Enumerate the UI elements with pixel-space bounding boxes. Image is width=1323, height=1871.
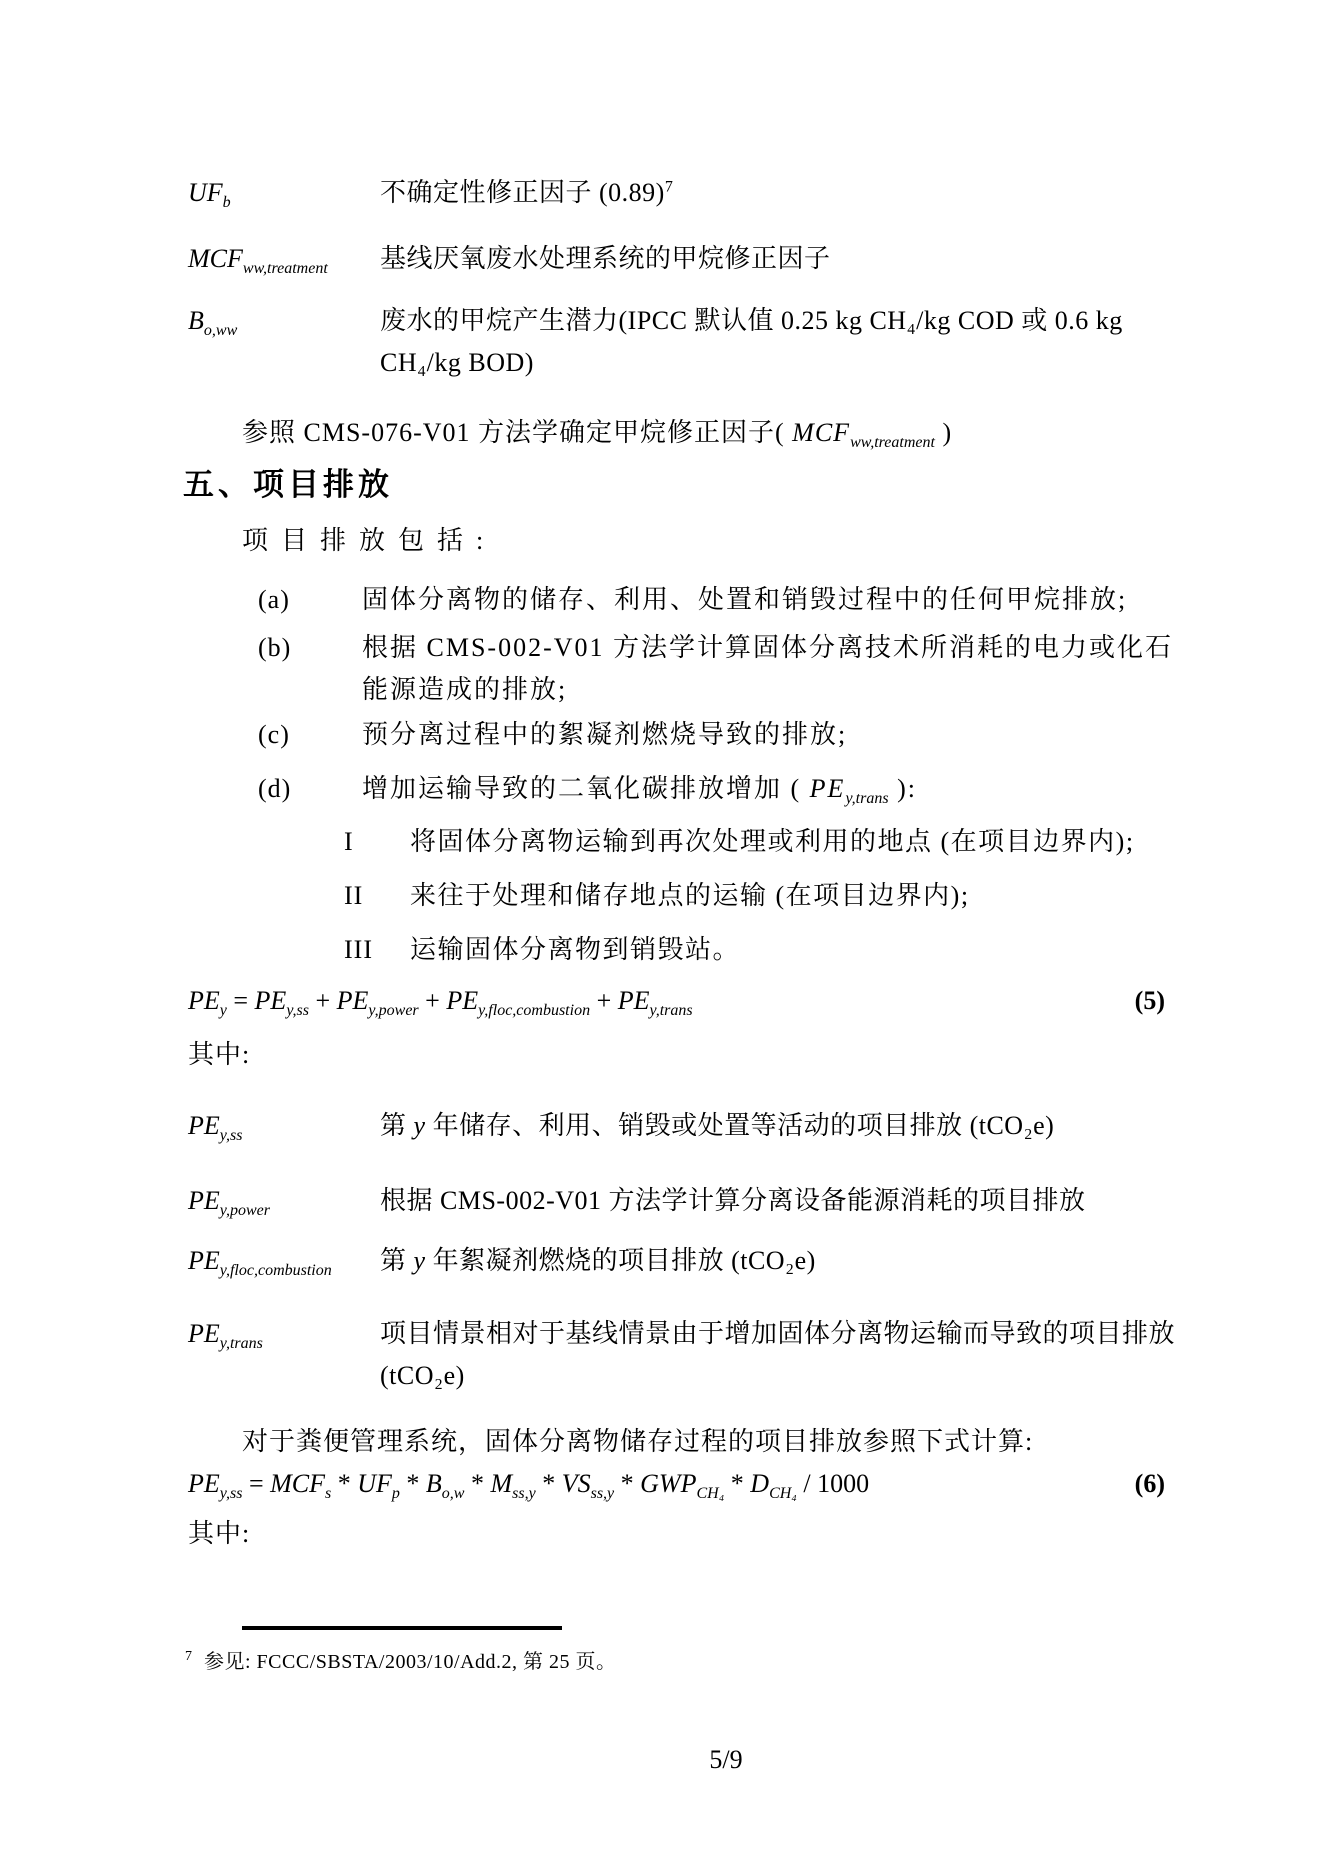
inline-symbol-subscript: ww,treatment <box>850 434 935 451</box>
footnote-marker: 7 <box>185 1649 192 1664</box>
equation-operator: * <box>724 1469 750 1498</box>
equation-term-subscript: CH₄ <box>769 1485 797 1502</box>
symbol-pe-trans: PEy,trans <box>188 1313 380 1397</box>
equation-operator: * <box>400 1469 426 1498</box>
symbol-subscript: ww,treatment <box>243 260 328 277</box>
symbol-base: PE <box>188 1246 220 1275</box>
symbol-base: PE <box>188 1111 220 1140</box>
equation-operator: = <box>227 986 255 1015</box>
symbol-base: B <box>188 306 204 335</box>
equation-operator: * <box>536 1469 562 1498</box>
manure-paragraph: 对于粪便管理系统，固体分离物储存过程的项目排放参照下式计算: <box>188 1421 1195 1463</box>
definition-text: 废水的甲烷产生潜力(IPCC 默认值 0.25 kg CH₄/kg COD 或 … <box>380 300 1195 384</box>
list-text: 根据 CMS-002-V01 方法学计算固体分离技术所消耗的电力或化石能源造成的… <box>362 627 1195 711</box>
equation-5: (5) PEy = PEy,ss + PEy,power + PEy,floc,… <box>188 980 1195 1022</box>
symbol-subscript: o,ww <box>204 322 237 339</box>
sub-item-3: III 运输固体分离物到销毁站。 <box>188 929 1195 971</box>
equation-term: PE <box>188 1469 220 1498</box>
equation-term: PE <box>255 986 287 1015</box>
equation-term-subscript: y,trans <box>650 1002 693 1019</box>
inline-symbol: MCF <box>792 418 850 447</box>
list-item-a: (a) 固体分离物的储存、利用、处置和销毁过程中的任何甲烷排放; <box>188 579 1195 621</box>
sub-item-marker: III <box>344 929 410 971</box>
inline-variable: y <box>414 1246 426 1275</box>
equation-operator: * <box>331 1469 357 1498</box>
definition-row-pe-ss: PEy,ss 第 y 年储存、利用、销毁或处置等活动的项目排放 (tCO₂e) <box>188 1105 1195 1147</box>
equation-operator: * <box>464 1469 490 1498</box>
symbol-base: PE <box>188 1319 220 1348</box>
list-text: 预分离过程中的絮凝剂燃烧导致的排放; <box>362 714 1195 756</box>
symbol-mcf: MCFww,treatment <box>188 238 380 280</box>
symbol-subscript: y,ss <box>220 1127 243 1144</box>
equation-term-subscript: ss,y <box>591 1485 615 1502</box>
definition-body: 不确定性修正因子 (0.89) <box>380 178 665 207</box>
list-item-b: (b) 根据 CMS-002-V01 方法学计算固体分离技术所消耗的电力或化石能… <box>188 627 1195 711</box>
definition-text: 不确定性修正因子 (0.89)7 <box>380 172 1195 214</box>
definition-row-ufb: UFb 不确定性修正因子 (0.89)7 <box>188 172 1195 214</box>
reference-note: 参照 CMS-076-V01 方法学确定甲烷修正因子( MCFww,treatm… <box>188 412 1195 454</box>
document-page: UFb 不确定性修正因子 (0.89)7 MCFww,treatment 基线厌… <box>0 0 1323 1871</box>
definition-post: 年絮凝剂燃烧的项目排放 (tCO₂e) <box>426 1246 816 1275</box>
symbol-subscript: y,trans <box>220 1335 263 1352</box>
equation-term: UF <box>357 1469 392 1498</box>
list-marker: (c) <box>258 714 362 756</box>
symbol-pe-power: PEy,power <box>188 1180 380 1222</box>
list-text-post: ): <box>889 774 917 803</box>
equation-operator: = <box>242 1469 270 1498</box>
definition-post: 年储存、利用、销毁或处置等活动的项目排放 (tCO₂e) <box>426 1111 1055 1140</box>
list-item-d: (d) 增加运输导致的二氧化碳排放增加 ( PEy,trans ): <box>188 768 1195 810</box>
sub-item-marker: II <box>344 875 410 917</box>
equation-term: PE <box>618 986 650 1015</box>
equation-term-subscript: y,ss <box>286 1002 309 1019</box>
definition-post: 根据 CMS-002-V01 方法学计算分离设备能源消耗的项目排放 <box>380 1186 1086 1215</box>
equation-term: B <box>426 1469 442 1498</box>
reference-note-close: ) <box>935 418 952 447</box>
definition-text: 第 y 年絮凝剂燃烧的项目排放 (tCO₂e) <box>380 1240 1195 1282</box>
equation-operator: / 1000 <box>797 1469 869 1498</box>
list-marker: (b) <box>258 627 362 711</box>
equation-term: PE <box>188 986 220 1015</box>
symbol-base: MCF <box>188 244 243 273</box>
equation-term: D <box>750 1469 769 1498</box>
where-label: 其中: <box>188 1513 1195 1555</box>
footnote: 7参见: FCCC/SBSTA/2003/10/Add.2, 第 25 页。 <box>185 1645 617 1674</box>
definition-pre: 第 <box>380 1111 414 1140</box>
definition-row-mcf: MCFww,treatment 基线厌氧废水处理系统的甲烷修正因子 <box>188 238 1195 280</box>
equation-operator: * <box>614 1469 640 1498</box>
equation-operator: + <box>419 986 447 1015</box>
equation-term: MCF <box>270 1469 325 1498</box>
definition-text: 根据 CMS-002-V01 方法学计算分离设备能源消耗的项目排放 <box>380 1180 1195 1222</box>
symbol-subscript: b <box>223 194 231 211</box>
footnote-text: 参见: FCCC/SBSTA/2003/10/Add.2, 第 25 页。 <box>204 1651 617 1673</box>
list-marker: (d) <box>258 768 362 810</box>
symbol-boww: Bo,ww <box>188 300 380 384</box>
equation-6: (6) PEy,ss = MCFs * UFp * Bo,w * Mss,y *… <box>188 1463 1195 1505</box>
equation-term-subscript: ss,y <box>512 1485 536 1502</box>
list-text: 固体分离物的储存、利用、处置和销毁过程中的任何甲烷排放; <box>362 579 1195 621</box>
equation-operator: + <box>309 986 337 1015</box>
symbol-subscript: y,power <box>220 1202 270 1219</box>
definition-text: 项目情景相对于基线情景由于增加固体分离物运输而导致的项目排放 (tCO₂e) <box>380 1313 1195 1397</box>
definition-text: 第 y 年储存、利用、销毁或处置等活动的项目排放 (tCO₂e) <box>380 1105 1195 1147</box>
definition-row-pe-trans: PEy,trans 项目情景相对于基线情景由于增加固体分离物运输而导致的项目排放… <box>188 1313 1195 1397</box>
equation-term-subscript: y,power <box>368 1002 418 1019</box>
equation-term: PE <box>337 986 369 1015</box>
footnote-reference: 7 <box>665 178 673 195</box>
section-intro: 项目排放包括: <box>188 520 1195 562</box>
page-number: 5/9 <box>686 1745 766 1775</box>
equation-term-subscript: y <box>220 1002 227 1019</box>
sub-item-2: II 来往于处理和储存地点的运输 (在项目边界内); <box>188 875 1195 917</box>
definition-row-pe-power: PEy,power 根据 CMS-002-V01 方法学计算分离设备能源消耗的项… <box>188 1180 1195 1222</box>
list-marker: (a) <box>258 579 362 621</box>
footnote-separator <box>242 1626 562 1630</box>
equation-term-subscript: y,floc,combustion <box>478 1002 590 1019</box>
list-item-c: (c) 预分离过程中的絮凝剂燃烧导致的排放; <box>188 714 1195 756</box>
inline-symbol: PE <box>810 774 846 803</box>
sub-item-text: 运输固体分离物到销毁站。 <box>410 929 1195 971</box>
inline-variable: y <box>414 1111 426 1140</box>
equation-term: M <box>490 1469 512 1498</box>
equation-term-subscript: CH₄ <box>696 1485 724 1502</box>
equation-term-subscript: o,w <box>442 1485 465 1502</box>
list-text: 增加运输导致的二氧化碳排放增加 ( PEy,trans ): <box>362 768 1195 810</box>
equation-number: (6) <box>1135 1463 1165 1505</box>
reference-note-text: 参照 CMS-076-V01 方法学确定甲烷修正因子( <box>242 418 792 447</box>
sub-item-text: 将固体分离物运输到再次处理或利用的地点 (在项目边界内); <box>410 821 1195 863</box>
symbol-ufb: UFb <box>188 172 380 214</box>
equation-term: VS <box>562 1469 591 1498</box>
equation-number: (5) <box>1135 980 1165 1022</box>
inline-symbol-subscript: y,trans <box>845 790 888 807</box>
sub-item-text: 来往于处理和储存地点的运输 (在项目边界内); <box>410 875 1195 917</box>
section-heading: 五、项目排放 <box>183 462 1195 508</box>
definition-row-pe-floc: PEy,floc,combustion 第 y 年絮凝剂燃烧的项目排放 (tCO… <box>188 1240 1195 1282</box>
equation-operator: + <box>590 986 618 1015</box>
definition-row-boww: Bo,ww 废水的甲烷产生潜力(IPCC 默认值 0.25 kg CH₄/kg … <box>188 300 1195 384</box>
sub-item-1: I 将固体分离物运输到再次处理或利用的地点 (在项目边界内); <box>188 821 1195 863</box>
equation-term-subscript: y,ss <box>220 1485 243 1502</box>
symbol-pe-ss: PEy,ss <box>188 1105 380 1147</box>
definition-pre: 第 <box>380 1246 414 1275</box>
list-text-pre: 增加运输导致的二氧化碳排放增加 ( <box>362 774 810 803</box>
symbol-base: PE <box>188 1186 220 1215</box>
definition-text: 基线厌氧废水处理系统的甲烷修正因子 <box>380 238 1195 280</box>
equation-term: GWP <box>640 1469 696 1498</box>
symbol-pe-floc: PEy,floc,combustion <box>188 1240 380 1282</box>
definition-post: 项目情景相对于基线情景由于增加固体分离物运输而导致的项目排放 (tCO₂e) <box>380 1319 1175 1390</box>
symbol-base: UF <box>188 178 223 207</box>
page-content: UFb 不确定性修正因子 (0.89)7 MCFww,treatment 基线厌… <box>188 172 1195 1555</box>
equation-term: PE <box>446 986 478 1015</box>
symbol-subscript: y,floc,combustion <box>220 1262 332 1279</box>
sub-item-marker: I <box>344 821 410 863</box>
equation-term-subscript: p <box>392 1485 400 1502</box>
where-label: 其中: <box>188 1034 1195 1076</box>
